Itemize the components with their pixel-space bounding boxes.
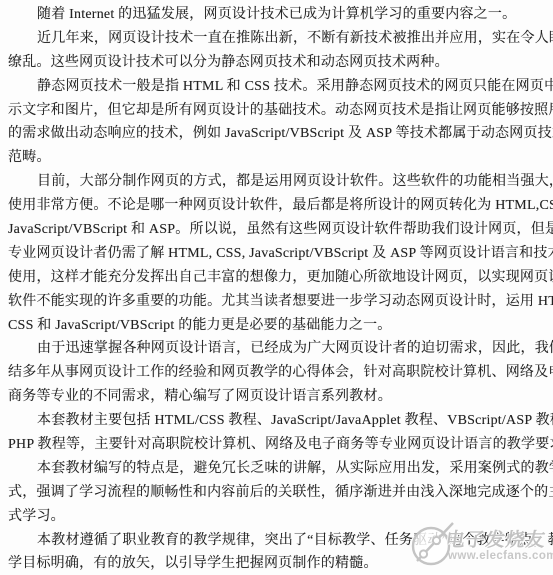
text-line: 示文字和图片，但它却是所有网页设计的基础技术。动态网页技术是指让网页能够按照用户 (8, 99, 547, 123)
text-line: 专业网页设计者仍需了解 HTML, CSS, JavaScript/VBScri… (8, 242, 547, 266)
text-line: JavaScript/VBScript 和 ASP。所以说，虽然有这些网页设计软… (8, 218, 547, 242)
text-line: 学目标明确，有的放矢，以引导学生把握网页制作的精髓。 (8, 552, 547, 575)
text-line: 目前，大部分制作网页的方式，都是运用网页设计软件。这些软件的功能相当强大， (8, 170, 547, 194)
text-line: 缭乱。这些网页设计技术可以分为静态网页技术和动态网页技术两种。 (8, 51, 547, 75)
text-line: 结多年从事网页设计工作的经验和网页教学的心得体会，针对高职院校计算机、网络及电子 (8, 361, 547, 385)
document-page: 随着 Internet 的迅猛发展，网页设计技术已成为计算机学习的重要内容之一。… (0, 0, 553, 575)
text-line: 本套教材主要包括 HTML/CSS 教程、JavaScript/JavaAppl… (8, 409, 547, 433)
text-line: 式，强调了学习流程的顺畅性和内容前后的关联性，循序渐进并由浅入深地完成逐个的主题 (8, 481, 547, 505)
text-line: 本套教材编写的特点是，避免冗长乏味的讲解，从实际应用出发，采用案例式的教学模 (8, 457, 547, 481)
text-line: 的需求做出动态响应的技术，例如 JavaScript/VBScript 及 AS… (8, 122, 547, 146)
text-line: 本教材遵循了职业教育的教学规律，突出了“目标教学、任务驱动”这个教学特点，教 (8, 529, 547, 553)
text-line: 范畴。 (8, 146, 547, 170)
text-line: 近几年来，网页设计技术一直在推陈出新，不断有新技术被推出并应用，实在令人眼花 (8, 27, 547, 51)
text-line: PHP 教程等，主要针对高职院校计算机、网络及电子商务等专业网页设计语言的教学要… (8, 433, 547, 457)
document-text: 随着 Internet 的迅猛发展，网页设计技术已成为计算机学习的重要内容之一。… (8, 3, 547, 575)
text-line: 静态网页技术一般是指 HTML 和 CSS 技术。采用静态网页技术的网页只能在网… (8, 75, 547, 99)
text-line: 使用非常方便。不论是哪一种网页设计软件，最后都是将所设计的网页转化为 HTML,… (8, 194, 547, 218)
text-line: 软件不能实现的许多重要的功能。尤其当读者想要进一步学习动态网页设计时，运用 HT… (8, 290, 547, 314)
text-line: CSS 和 JavaScript/VBScript 的能力更是必要的基础能力之一… (8, 314, 547, 338)
text-line: 式学习。 (8, 505, 547, 529)
text-line: 随着 Internet 的迅猛发展，网页设计技术已成为计算机学习的重要内容之一。 (8, 3, 547, 27)
text-line: 由于迅速掌握各种网页设计语言，已经成为广大网页设计者的迫切需求，因此，我们总 (8, 337, 547, 361)
text-line: 商务等专业的不同需求，精心编写了网页设计语言系列教材。 (8, 385, 547, 409)
text-line: 使用，这样才能充分发挥出自己丰富的想像力，更加随心所欲地设计网页，以实现网页设计 (8, 266, 547, 290)
